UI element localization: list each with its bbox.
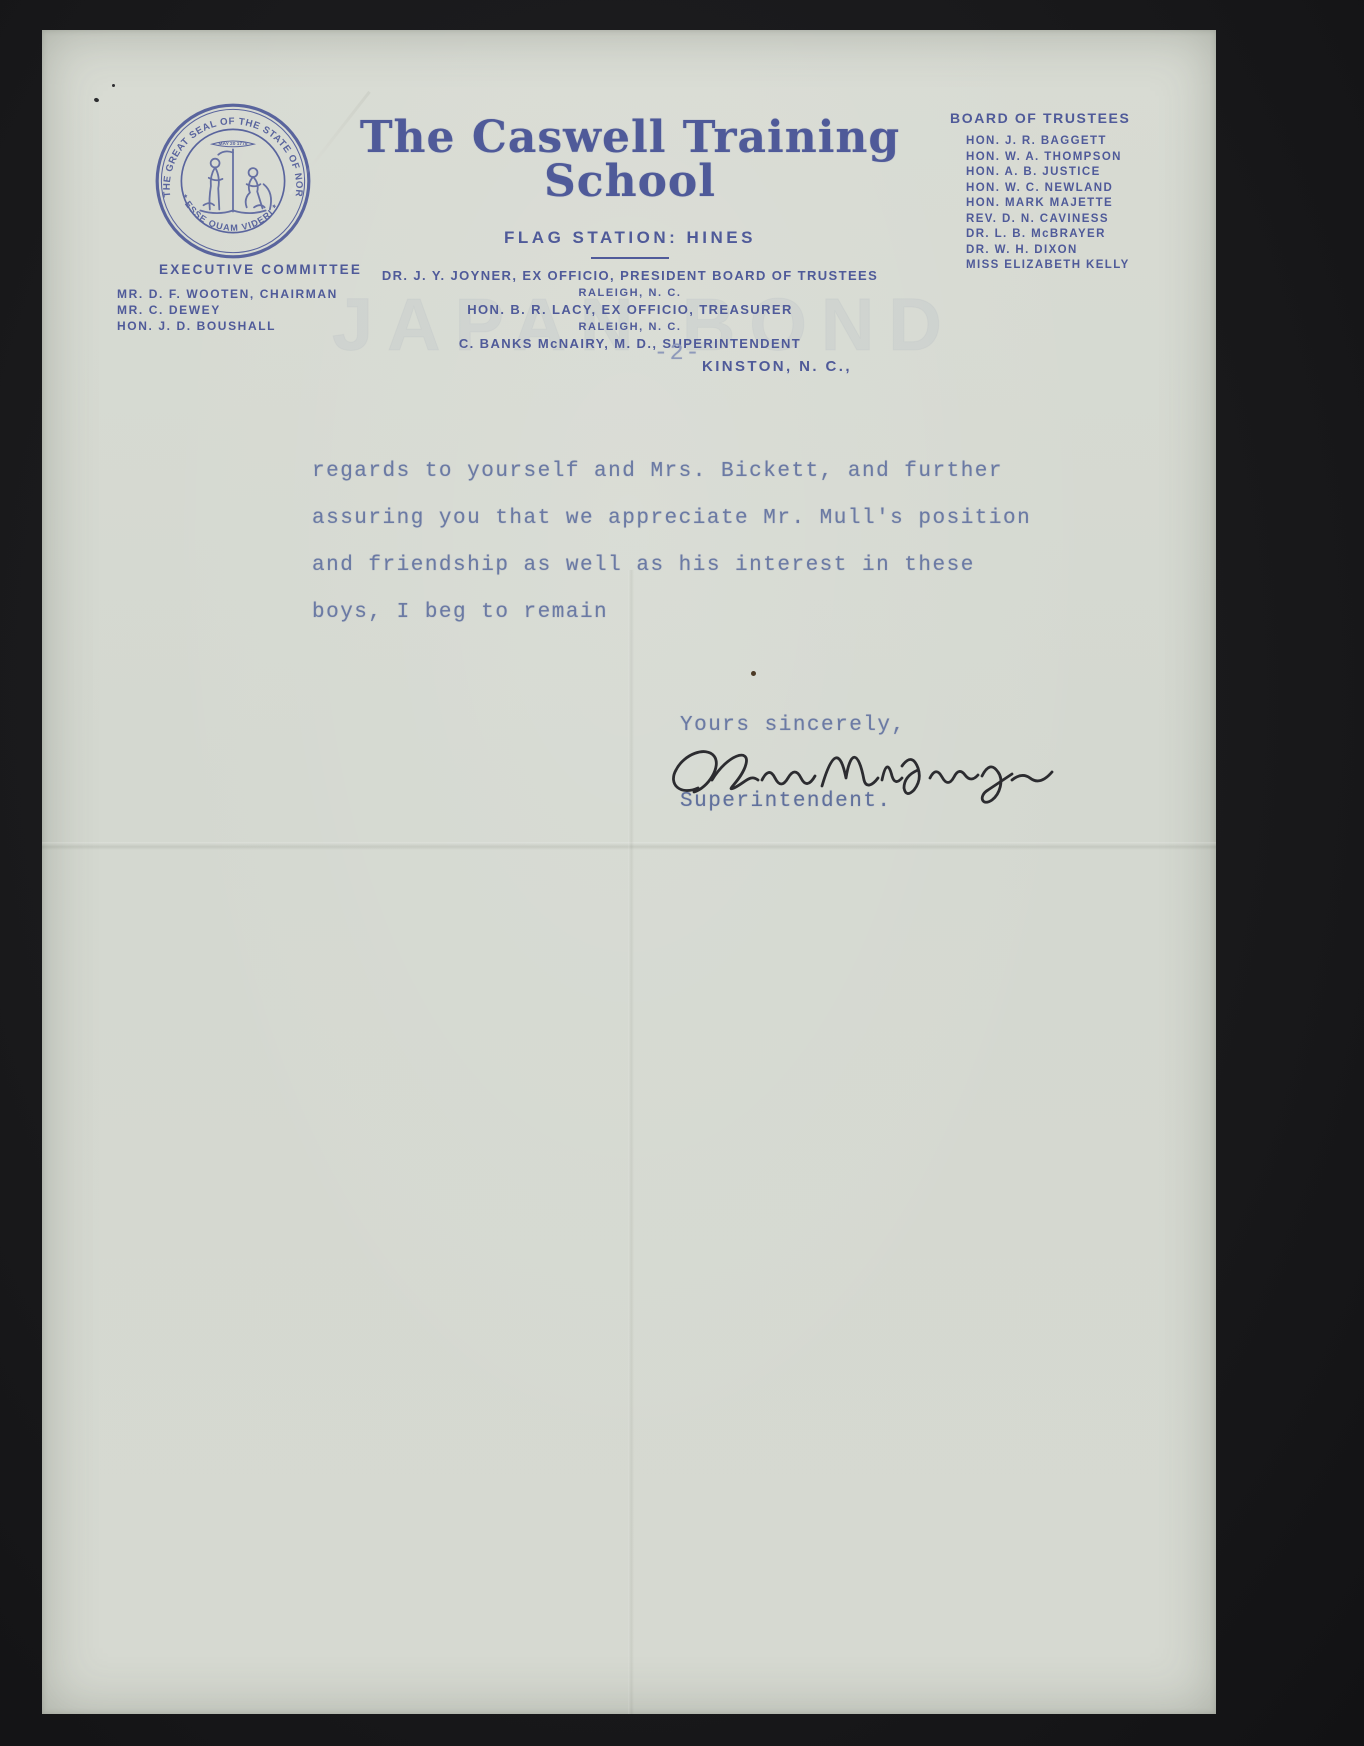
- seal-figures: [200, 149, 271, 213]
- page-number: -2-: [654, 340, 701, 366]
- body-line: boys, I beg to remain: [312, 589, 1031, 636]
- seal-motto-text: * ESSE QUAM VIDERI *: [179, 193, 281, 233]
- trustee-name: HON. W. C. NEWLAND: [966, 181, 1200, 197]
- official-line: C. BANKS McNAIRY, M. D., SUPERINTENDENT: [290, 337, 970, 351]
- body-line: assuring you that we appreciate Mr. Mull…: [312, 495, 1031, 542]
- masthead-divider: [591, 257, 669, 259]
- ink-speck: [93, 97, 99, 102]
- official-line: DR. J. Y. JOYNER, EX OFFICIO, PRESIDENT …: [290, 269, 970, 283]
- signature-title: Superintendent.: [680, 790, 892, 813]
- board-of-trustees-heading: BOARD OF TRUSTEES: [950, 110, 1200, 126]
- school-name-title: The Caswell Training School: [290, 116, 970, 204]
- body-line: and friendship as well as his interest i…: [312, 542, 1031, 589]
- seal-outer-text: THE GREAT SEAL OF THE STATE OF NORTH CAR…: [154, 102, 304, 198]
- location-line: KINSTON, N. C.,: [702, 358, 852, 375]
- board-of-trustees-block: BOARD OF TRUSTEES HON. J. R. BAGGETT HON…: [950, 110, 1200, 274]
- body-line: regards to yourself and Mrs. Bickett, an…: [312, 448, 1031, 495]
- seal-banner: MAY 20 1775: [212, 141, 254, 147]
- vertical-fold-crease: [628, 570, 634, 1714]
- ink-speck: [112, 84, 115, 87]
- trustee-name: HON. A. B. JUSTICE: [966, 165, 1200, 181]
- official-line: RALEIGH, N. C.: [290, 286, 970, 300]
- trustee-name: MISS ELIZABETH KELLY: [966, 258, 1200, 274]
- svg-text:* ESSE QUAM VIDERI *: * ESSE QUAM VIDERI *: [179, 193, 281, 233]
- svg-text:MAY 20 1775: MAY 20 1775: [219, 141, 248, 147]
- trustee-name: HON. MARK MAJETTE: [966, 196, 1200, 212]
- trustee-name: DR. W. H. DIXON: [966, 243, 1200, 259]
- svg-text:THE GREAT SEAL OF THE STATE OF: THE GREAT SEAL OF THE STATE OF NORTH CAR…: [154, 102, 304, 198]
- official-line: RALEIGH, N. C.: [290, 320, 970, 334]
- trustee-name: HON. W. A. THOMPSON: [966, 150, 1200, 166]
- ink-speck: [751, 671, 756, 676]
- masthead: The Caswell Training School FLAG STATION…: [290, 116, 970, 351]
- north-carolina-state-seal-icon: THE GREAT SEAL OF THE STATE OF NORTH CAR…: [154, 102, 312, 260]
- trustee-name: REV. D. N. CAVINESS: [966, 212, 1200, 228]
- trustee-name: HON. J. R. BAGGETT: [966, 134, 1200, 150]
- letter-body: regards to yourself and Mrs. Bickett, an…: [312, 448, 1031, 636]
- scanned-letter-page: { "seal": { "outer_text": "THE GREAT SEA…: [0, 0, 1364, 1746]
- closing-line: Yours sincerely,: [680, 714, 906, 737]
- letter-paper: JAPAN BOND THE GREAT SEAL OF THE STATE O…: [42, 30, 1216, 1714]
- official-line: HON. B. R. LACY, EX OFFICIO, TREASURER: [290, 303, 970, 317]
- trustee-name: DR. L. B. McBRAYER: [966, 227, 1200, 243]
- flag-station-line: FLAG STATION: HINES: [290, 228, 970, 248]
